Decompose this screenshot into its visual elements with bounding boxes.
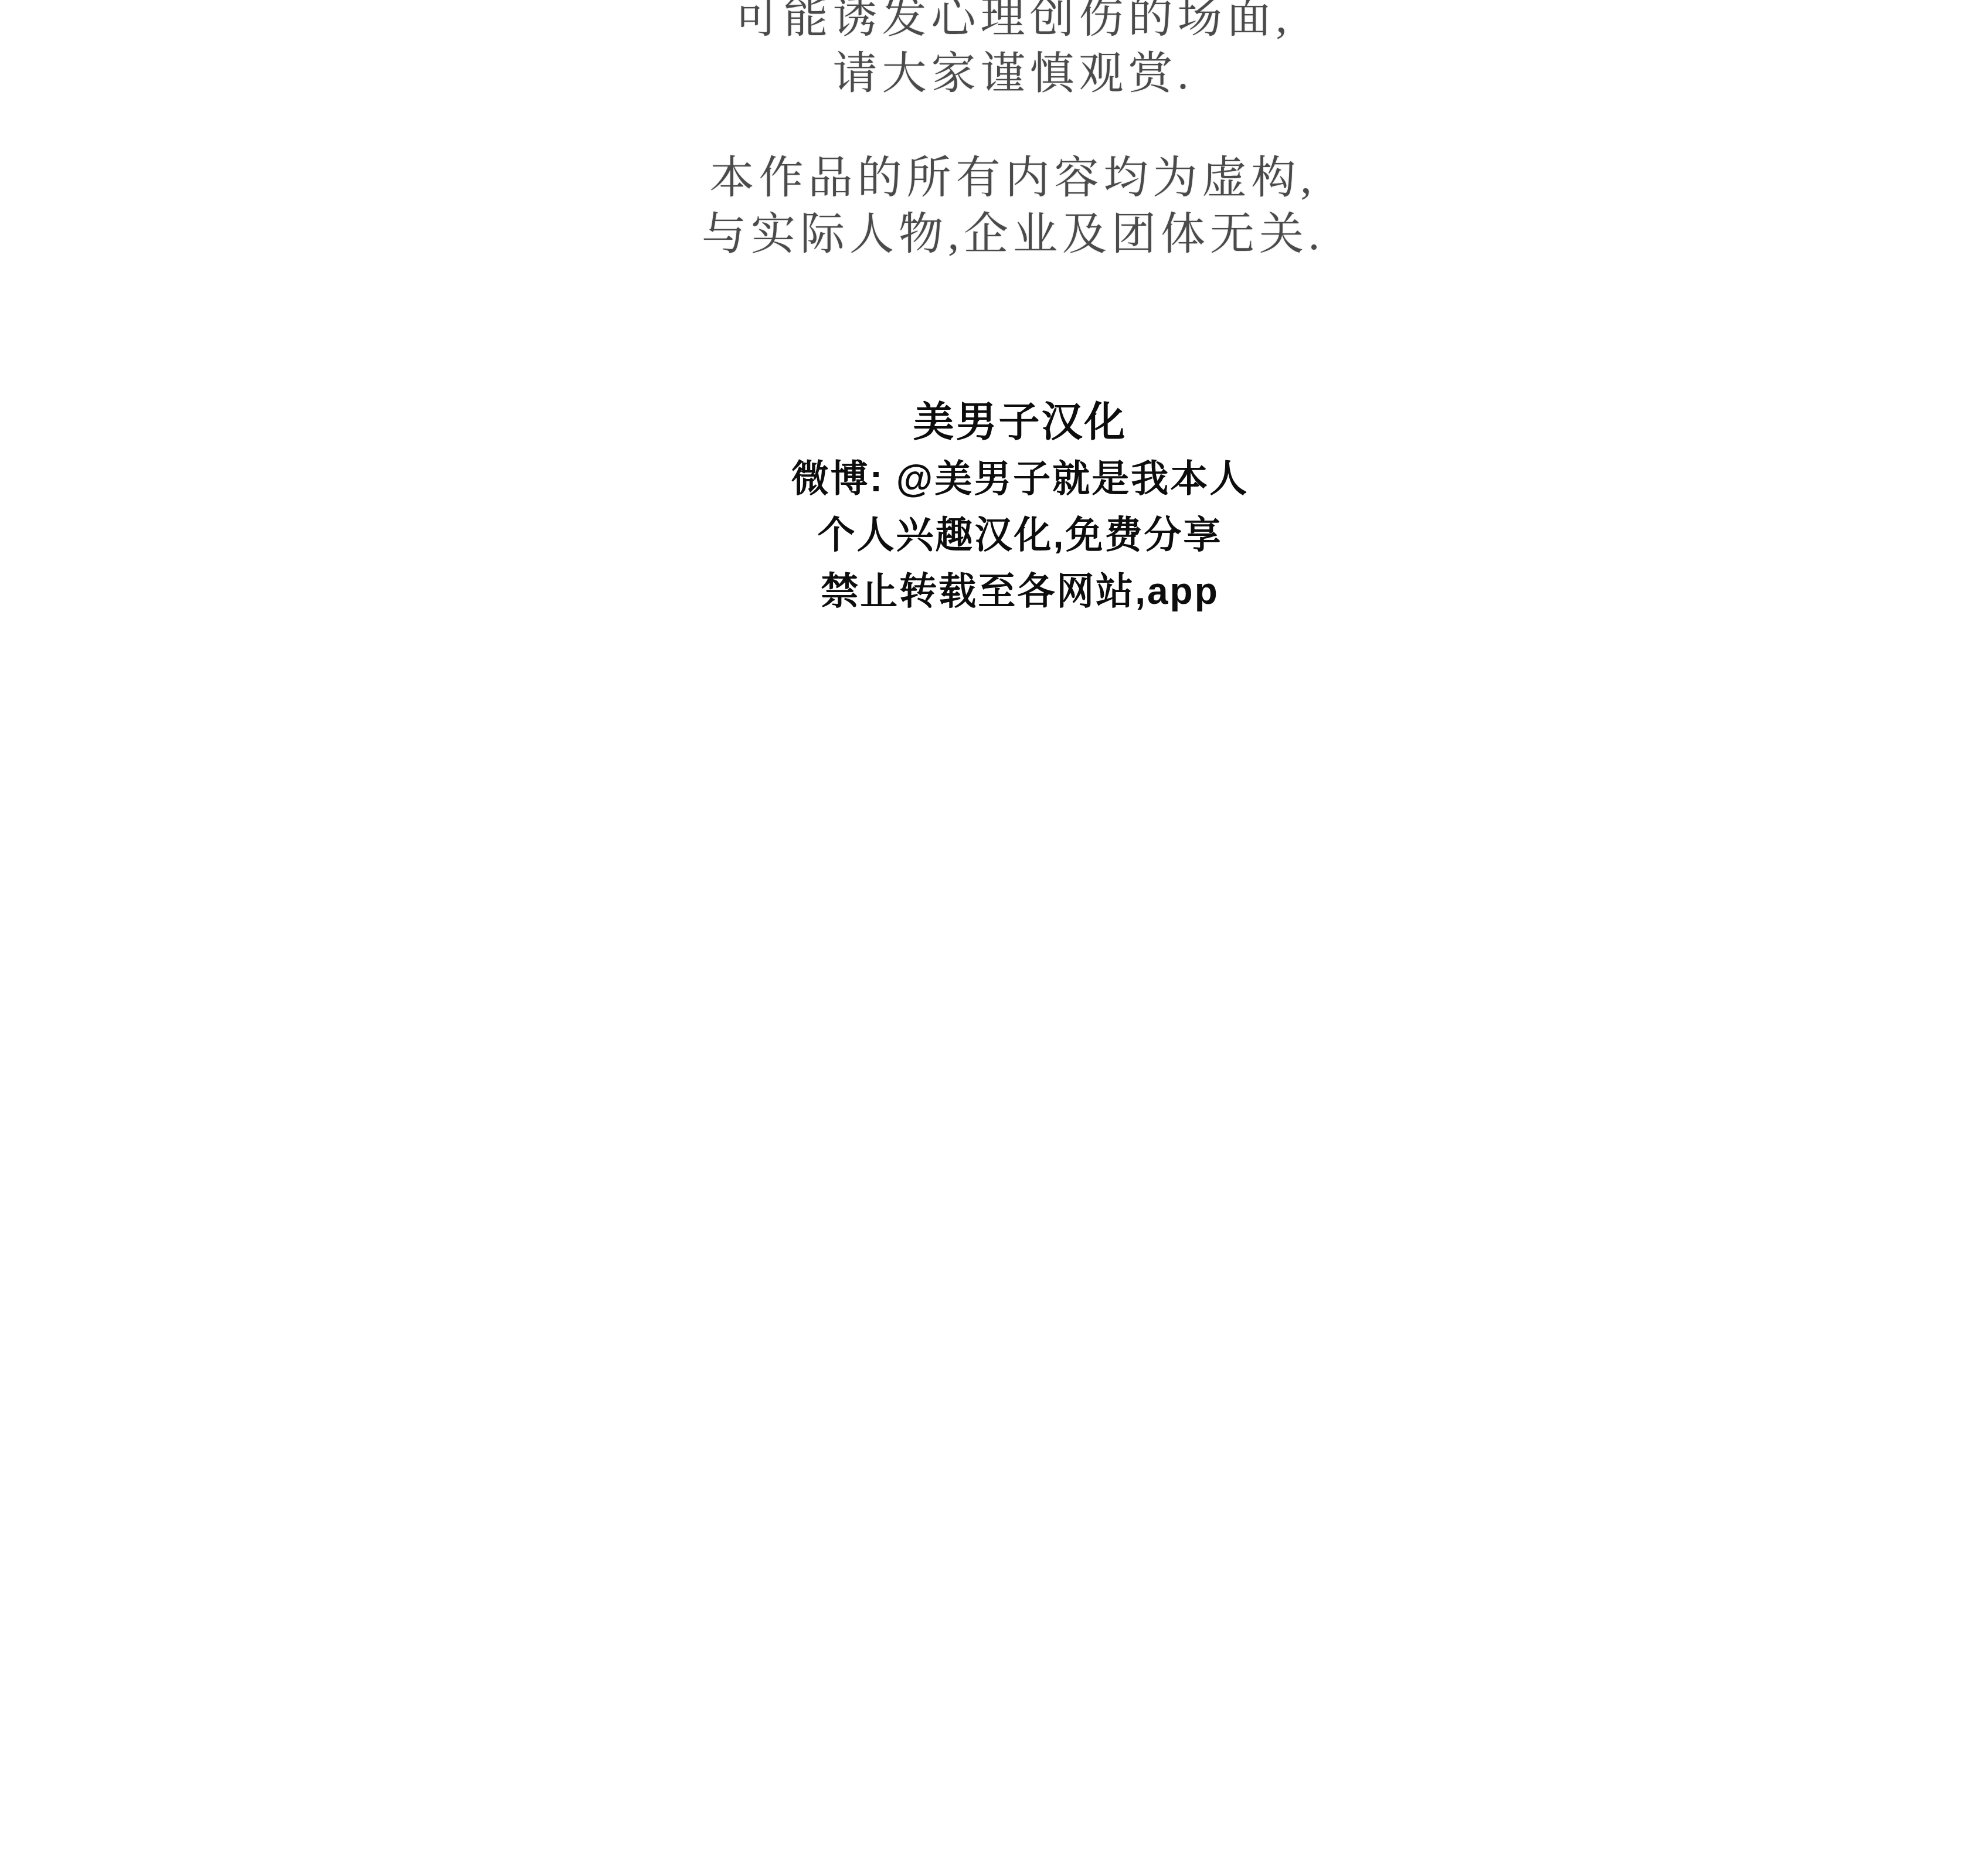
blank-page-area xyxy=(0,627,1979,1876)
credits-free-share-note: 个人兴趣汉化,免费分享 xyxy=(30,507,1979,563)
disclaimer-block: 可能诱发心理创伤的场面, 请大家谨慎观赏. 本作品的所有内容均为虚构, 与实际人… xyxy=(23,0,1979,263)
comic-page: { "page": { "background_color": "#ffffff… xyxy=(0,0,1979,1876)
translator-credits-block: 美男子汉化 微博: @美男子就是我本人 个人兴趣汉化,免费分享 禁止转载至各网站… xyxy=(30,394,1979,619)
disclaimer-line-view-caution: 请大家谨慎观赏. xyxy=(833,49,1193,98)
disclaimer-line-fiction: 本作品的所有内容均为虚构, xyxy=(710,154,1317,203)
credits-weibo-handle: 微博: @美男子就是我本人 xyxy=(30,450,1979,507)
disclaimer-fiction-paragraph: 本作品的所有内容均为虚构, 与实际人物,企业及团体无关. xyxy=(23,150,1979,263)
credits-no-repost-note: 禁止转载至各网站,app xyxy=(30,563,1979,619)
credits-group-name: 美男子汉化 xyxy=(30,394,1979,450)
disclaimer-line-no-relation: 与实际人物,企业及团体无关. xyxy=(702,210,1324,259)
disclaimer-warning-paragraph: 可能诱发心理创伤的场面, 请大家谨慎观赏. xyxy=(23,0,1979,102)
disclaimer-line-trauma-warning: 可能诱发心理创伤的场面, xyxy=(735,0,1292,42)
